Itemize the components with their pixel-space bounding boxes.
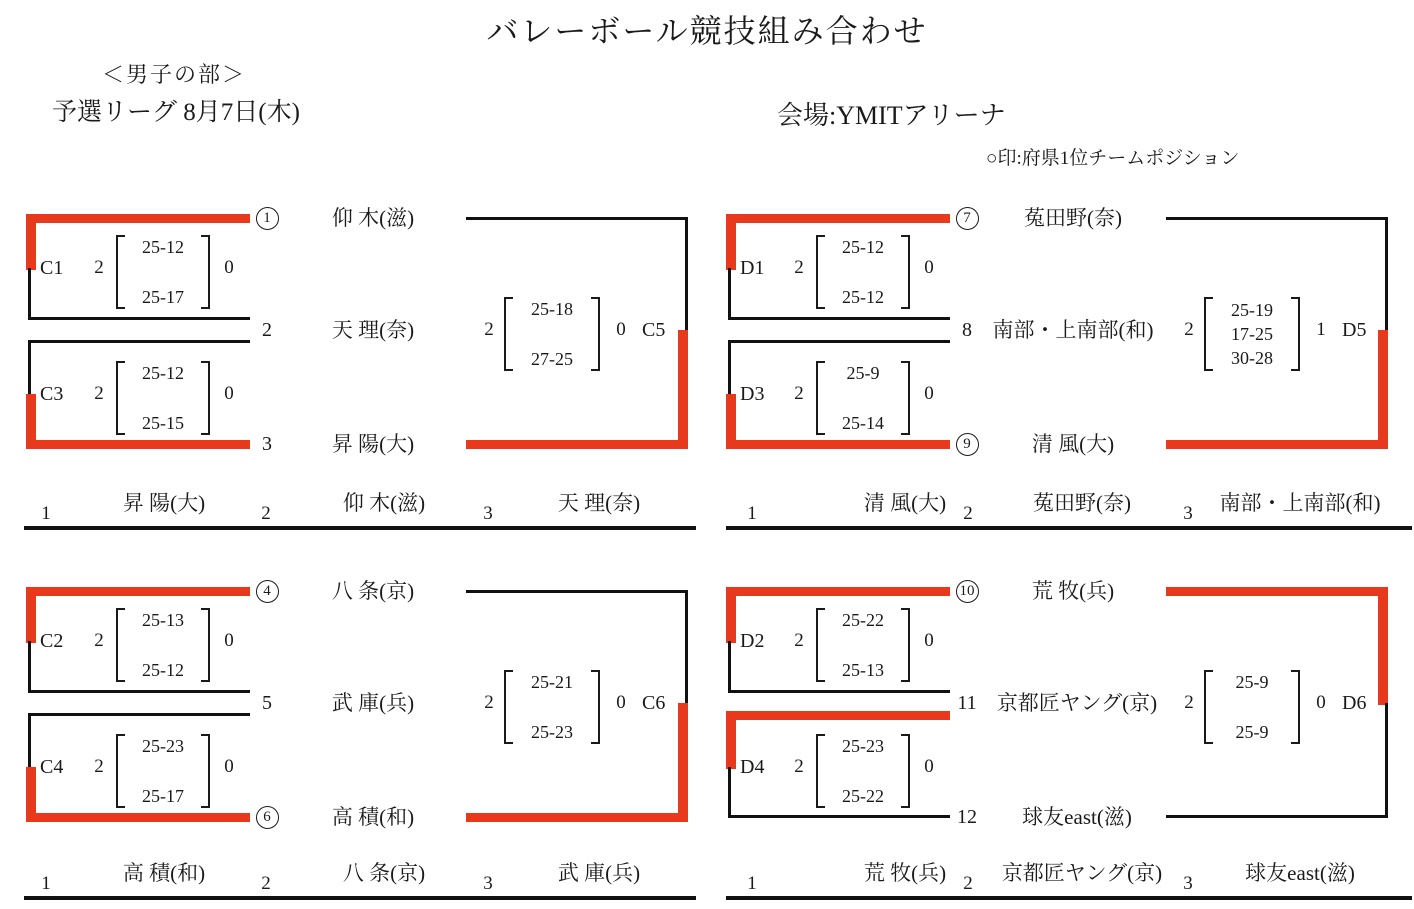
match2-label: C4 [40,754,86,780]
team1-line-right [466,217,688,220]
standings-d-upper: 清 風(大) 菟田野(奈) 南部・上南部(和) 1 2 3 [726,490,1412,532]
match1-left-score: 2 [788,256,810,280]
standings-underline [726,896,1412,900]
bracket-right-cap [201,361,210,435]
team3-line-right [1166,815,1388,818]
match3-sets: 25-19 17-25 30-28 [1213,297,1291,371]
set-score: 25-12 [825,288,901,306]
bracket-block-c-lower: 4 八 条(京) 5 武 庫(兵) 6 高 積(和) C2 2 25-13 25… [26,577,690,827]
match3-sets: 25-21 25-23 [513,670,591,744]
match2-label: D3 [740,381,786,407]
match3-left-score: 2 [478,691,500,715]
bracket-right-cap [1291,297,1300,371]
bracket-right-cap [1291,670,1300,744]
team1-winner-line-right [1166,587,1388,596]
bracket-right-cap [201,235,210,309]
bracket-block-d-lower: 10 荒 牧(兵) 11 京都匠ヤング(京) 12 球友east(滋) D2 2… [726,577,1390,827]
set-score: 25-22 [825,611,901,629]
match1-label: C2 [40,628,86,654]
standings-rank1-name: 高 積(和) [69,860,259,886]
bracket-left-cap [504,670,513,744]
match3-set-bracket: 25-18 27-25 [504,297,600,371]
standings-rank3: 3 [1178,503,1198,525]
match1-connector [728,641,731,693]
team1-name: 仰 木(滋) [278,205,468,231]
standings-underline [726,526,1412,530]
set-score: 25-22 [825,787,901,805]
match1-sets: 25-12 25-12 [825,235,901,309]
team2-name: 天 理(奈) [278,317,468,343]
match1-label: D2 [740,628,786,654]
match2-left-score: 2 [88,382,110,406]
page-title: バレーボール競技組み合わせ [0,6,1414,52]
match2-upper-arm [28,340,250,343]
team1-line-right [1166,217,1388,220]
match2-set-bracket: 25-23 25-22 [816,734,910,808]
match3-left-score: 2 [1178,318,1200,342]
bracket-right-cap [201,734,210,808]
standings-rank2-name: 八 条(京) [289,860,479,886]
set-score: 25-9 [1213,673,1291,691]
team1-name: 八 条(京) [278,578,468,604]
standings-rank1: 1 [742,503,762,525]
venue-label: 会場:YMITアリーナ [777,95,1006,132]
circle-mark-legend: ○印:府県1位チームポジション [986,143,1239,170]
set-score: 25-12 [825,238,901,256]
set-score: 30-28 [1213,349,1291,367]
first-place-circle: 10 [956,580,979,603]
standings-rank3: 3 [1178,873,1198,895]
match3-right-score: 1 [1310,318,1332,342]
match2-set-bracket: 25-9 25-14 [816,361,910,435]
set-score: 25-13 [125,611,201,629]
bracket-right-cap [201,608,210,682]
match1-connector [28,268,31,320]
team1-winner-line-left [728,214,950,223]
bracket-left-cap [816,734,825,808]
match1-right-score: 0 [918,256,940,280]
team3-winner-line-right [466,813,688,822]
bracket-right-cap [901,235,910,309]
match2-winner-upper-arm [728,711,950,720]
match1-winner-connector [26,587,36,643]
match1-label: D1 [740,255,786,281]
set-score: 25-15 [125,414,201,432]
match2-connector [728,767,731,817]
match2-sets: 25-23 25-17 [125,734,201,808]
match3-label: D5 [1342,317,1388,343]
first-place-circle: 1 [256,207,279,230]
match1-lower-arm [28,317,250,320]
match2-label: C3 [40,381,86,407]
match2-sets: 25-23 25-22 [825,734,901,808]
standings-rank2: 2 [958,503,978,525]
match1-winner-connector [726,214,736,270]
match2-left-score: 2 [788,755,810,779]
bracket-right-cap [901,734,910,808]
standings-rank2-name: 仰 木(滋) [289,490,479,516]
standings-rank2: 2 [256,503,276,525]
match1-connector [28,641,31,693]
set-score: 25-14 [825,414,901,432]
standings-rank3: 3 [478,873,498,895]
match3-set-bracket: 25-21 25-23 [504,670,600,744]
team2-position: 11 [948,690,986,716]
match3-connector [1385,217,1388,332]
match3-left-score: 2 [478,318,500,342]
match2-right-score: 0 [218,382,240,406]
match1-left-score: 2 [788,629,810,653]
match2-right-score: 0 [918,382,940,406]
team3-winner-line-right [466,440,688,449]
bracket-right-cap [591,670,600,744]
standings-rank3-name: 天 理(奈) [504,490,694,516]
set-score: 25-17 [125,787,201,805]
set-score: 25-23 [825,737,901,755]
match2-connector [728,340,731,396]
standings-underline [24,526,696,530]
bracket-right-cap [901,608,910,682]
first-place-circle: 6 [256,806,279,829]
team1-winner-line-left [28,587,250,596]
match1-left-score: 2 [88,256,110,280]
match2-upper-arm [28,713,250,716]
division-label: ＜男子の部＞ [102,58,246,89]
set-score: 25-12 [125,364,201,382]
team1-name: 荒 牧(兵) [978,578,1168,604]
match3-set-bracket: 25-19 17-25 30-28 [1204,297,1300,371]
match1-lower-arm [728,690,950,693]
standings-underline [24,896,696,900]
set-score: 25-18 [513,300,591,318]
match1-lower-arm [28,690,250,693]
standings-rank3-name: 球友east(滋) [1205,860,1395,886]
bracket-left-cap [116,235,125,309]
bracket-left-cap [816,235,825,309]
standings-rank1: 1 [36,503,56,525]
team2-name: 武 庫(兵) [278,690,468,716]
set-score: 25-12 [125,661,201,679]
match3-connector [1385,703,1388,817]
match3-right-score: 0 [610,318,632,342]
team2-name: 京都匠ヤング(京) [982,690,1172,716]
match1-label: C1 [40,255,86,281]
bracket-left-cap [116,734,125,808]
standings-rank3: 3 [478,503,498,525]
match1-set-bracket: 25-12 25-12 [816,235,910,309]
first-place-circle: 7 [956,207,979,230]
match2-sets: 25-9 25-14 [825,361,901,435]
bracket-left-cap [816,608,825,682]
match3-right-score: 0 [1310,691,1332,715]
team3-name: 高 積(和) [278,804,468,830]
standings-rank2: 2 [256,873,276,895]
standings-rank2-name: 京都匠ヤング(京) [987,860,1177,886]
match1-winner-connector [26,214,36,270]
bracket-left-cap [116,361,125,435]
set-score: 27-25 [513,350,591,368]
set-score: 25-13 [825,661,901,679]
set-score: 17-25 [1213,325,1291,343]
match2-right-score: 0 [918,755,940,779]
team3-winner-line-left [28,813,250,822]
standings-rank2: 2 [958,873,978,895]
bracket-left-cap [116,608,125,682]
match3-winner-connector [678,703,688,822]
set-score: 25-23 [125,737,201,755]
match3-right-score: 0 [610,691,632,715]
match2-right-score: 0 [218,755,240,779]
bracket-right-cap [591,297,600,371]
team3-name: 球友east(滋) [982,804,1172,830]
bracket-left-cap [816,361,825,435]
standings-c-lower: 高 積(和) 八 条(京) 武 庫(兵) 1 2 3 [24,860,696,902]
match2-left-score: 2 [88,755,110,779]
match1-left-score: 2 [88,629,110,653]
bracket-left-cap [1204,297,1213,371]
set-score: 25-17 [125,288,201,306]
team1-name: 菟田野(奈) [978,205,1168,231]
team3-line-left [728,815,950,818]
match2-set-bracket: 25-12 25-15 [116,361,210,435]
match3-winner-connector [1378,330,1388,449]
match2-label: D4 [740,754,786,780]
match2-winner-connector [726,711,736,769]
match1-right-score: 0 [218,629,240,653]
standings-rank3-name: 南部・上南部(和) [1205,490,1395,516]
set-score: 25-23 [513,723,591,741]
set-score: 25-19 [1213,301,1291,319]
bracket-left-cap [1204,670,1213,744]
match2-connector [28,340,31,396]
bracket-block-c-upper: 1 仰 木(滋) 2 天 理(奈) 3 昇 陽(大) C1 2 25-12 25… [26,204,690,454]
match2-connector [28,713,31,769]
standings-rank1: 1 [36,873,56,895]
first-place-circle: 4 [256,580,279,603]
team1-line-right [466,590,688,593]
match1-sets: 25-12 25-17 [125,235,201,309]
league-date-label: 予選リーグ 8月7日(木) [52,92,300,128]
match2-upper-arm [728,340,950,343]
standings-c-upper: 昇 陽(大) 仰 木(滋) 天 理(奈) 1 2 3 [24,490,696,532]
match1-right-score: 0 [918,629,940,653]
match1-sets: 25-13 25-12 [125,608,201,682]
match3-set-bracket: 25-9 25-9 [1204,670,1300,744]
match1-set-bracket: 25-13 25-12 [116,608,210,682]
match1-connector [728,268,731,320]
team3-winner-line-right [1166,440,1388,449]
team2-name: 南部・上南部(和) [978,317,1168,343]
match3-label: C6 [642,690,688,716]
match1-winner-connector [726,587,736,643]
match3-label: C5 [642,317,688,343]
match2-sets: 25-12 25-15 [125,361,201,435]
team3-name: 昇 陽(大) [278,431,468,457]
team3-position: 12 [948,804,986,830]
match3-sets: 25-9 25-9 [1213,670,1291,744]
tournament-sheet: バレーボール競技組み合わせ ＜男子の部＞ 予選リーグ 8月7日(木) 会場:YM… [0,0,1414,909]
match2-left-score: 2 [788,382,810,406]
set-score: 25-21 [513,673,591,691]
team3-winner-line-left [28,440,250,449]
match3-sets: 25-18 27-25 [513,297,591,371]
match1-right-score: 0 [218,256,240,280]
bracket-block-d-upper: 7 菟田野(奈) 8 南部・上南部(和) 9 清 風(大) D1 2 25-12… [726,204,1390,454]
set-score: 25-9 [1213,723,1291,741]
standings-rank2-name: 菟田野(奈) [987,490,1177,516]
match1-lower-arm [728,317,950,320]
match1-set-bracket: 25-12 25-17 [116,235,210,309]
match3-connector [685,590,688,705]
team3-name: 清 風(大) [978,431,1168,457]
match3-left-score: 2 [1178,691,1200,715]
set-score: 25-9 [825,364,901,382]
standings-rank3-name: 武 庫(兵) [504,860,694,886]
match1-set-bracket: 25-22 25-13 [816,608,910,682]
bracket-left-cap [504,297,513,371]
bracket-right-cap [901,361,910,435]
match1-sets: 25-22 25-13 [825,608,901,682]
match3-connector [685,217,688,332]
team1-winner-line-left [28,214,250,223]
match2-set-bracket: 25-23 25-17 [116,734,210,808]
team1-winner-line-left [728,587,950,596]
standings-rank1: 1 [742,873,762,895]
first-place-circle: 9 [956,433,979,456]
standings-d-lower: 荒 牧(兵) 京都匠ヤング(京) 球友east(滋) 1 2 3 [726,860,1412,902]
match3-label: D6 [1342,690,1388,716]
match3-winner-connector [1378,587,1388,705]
team3-winner-line-left [728,440,950,449]
match3-winner-connector [678,330,688,449]
standings-rank1-name: 昇 陽(大) [69,490,259,516]
set-score: 25-12 [125,238,201,256]
